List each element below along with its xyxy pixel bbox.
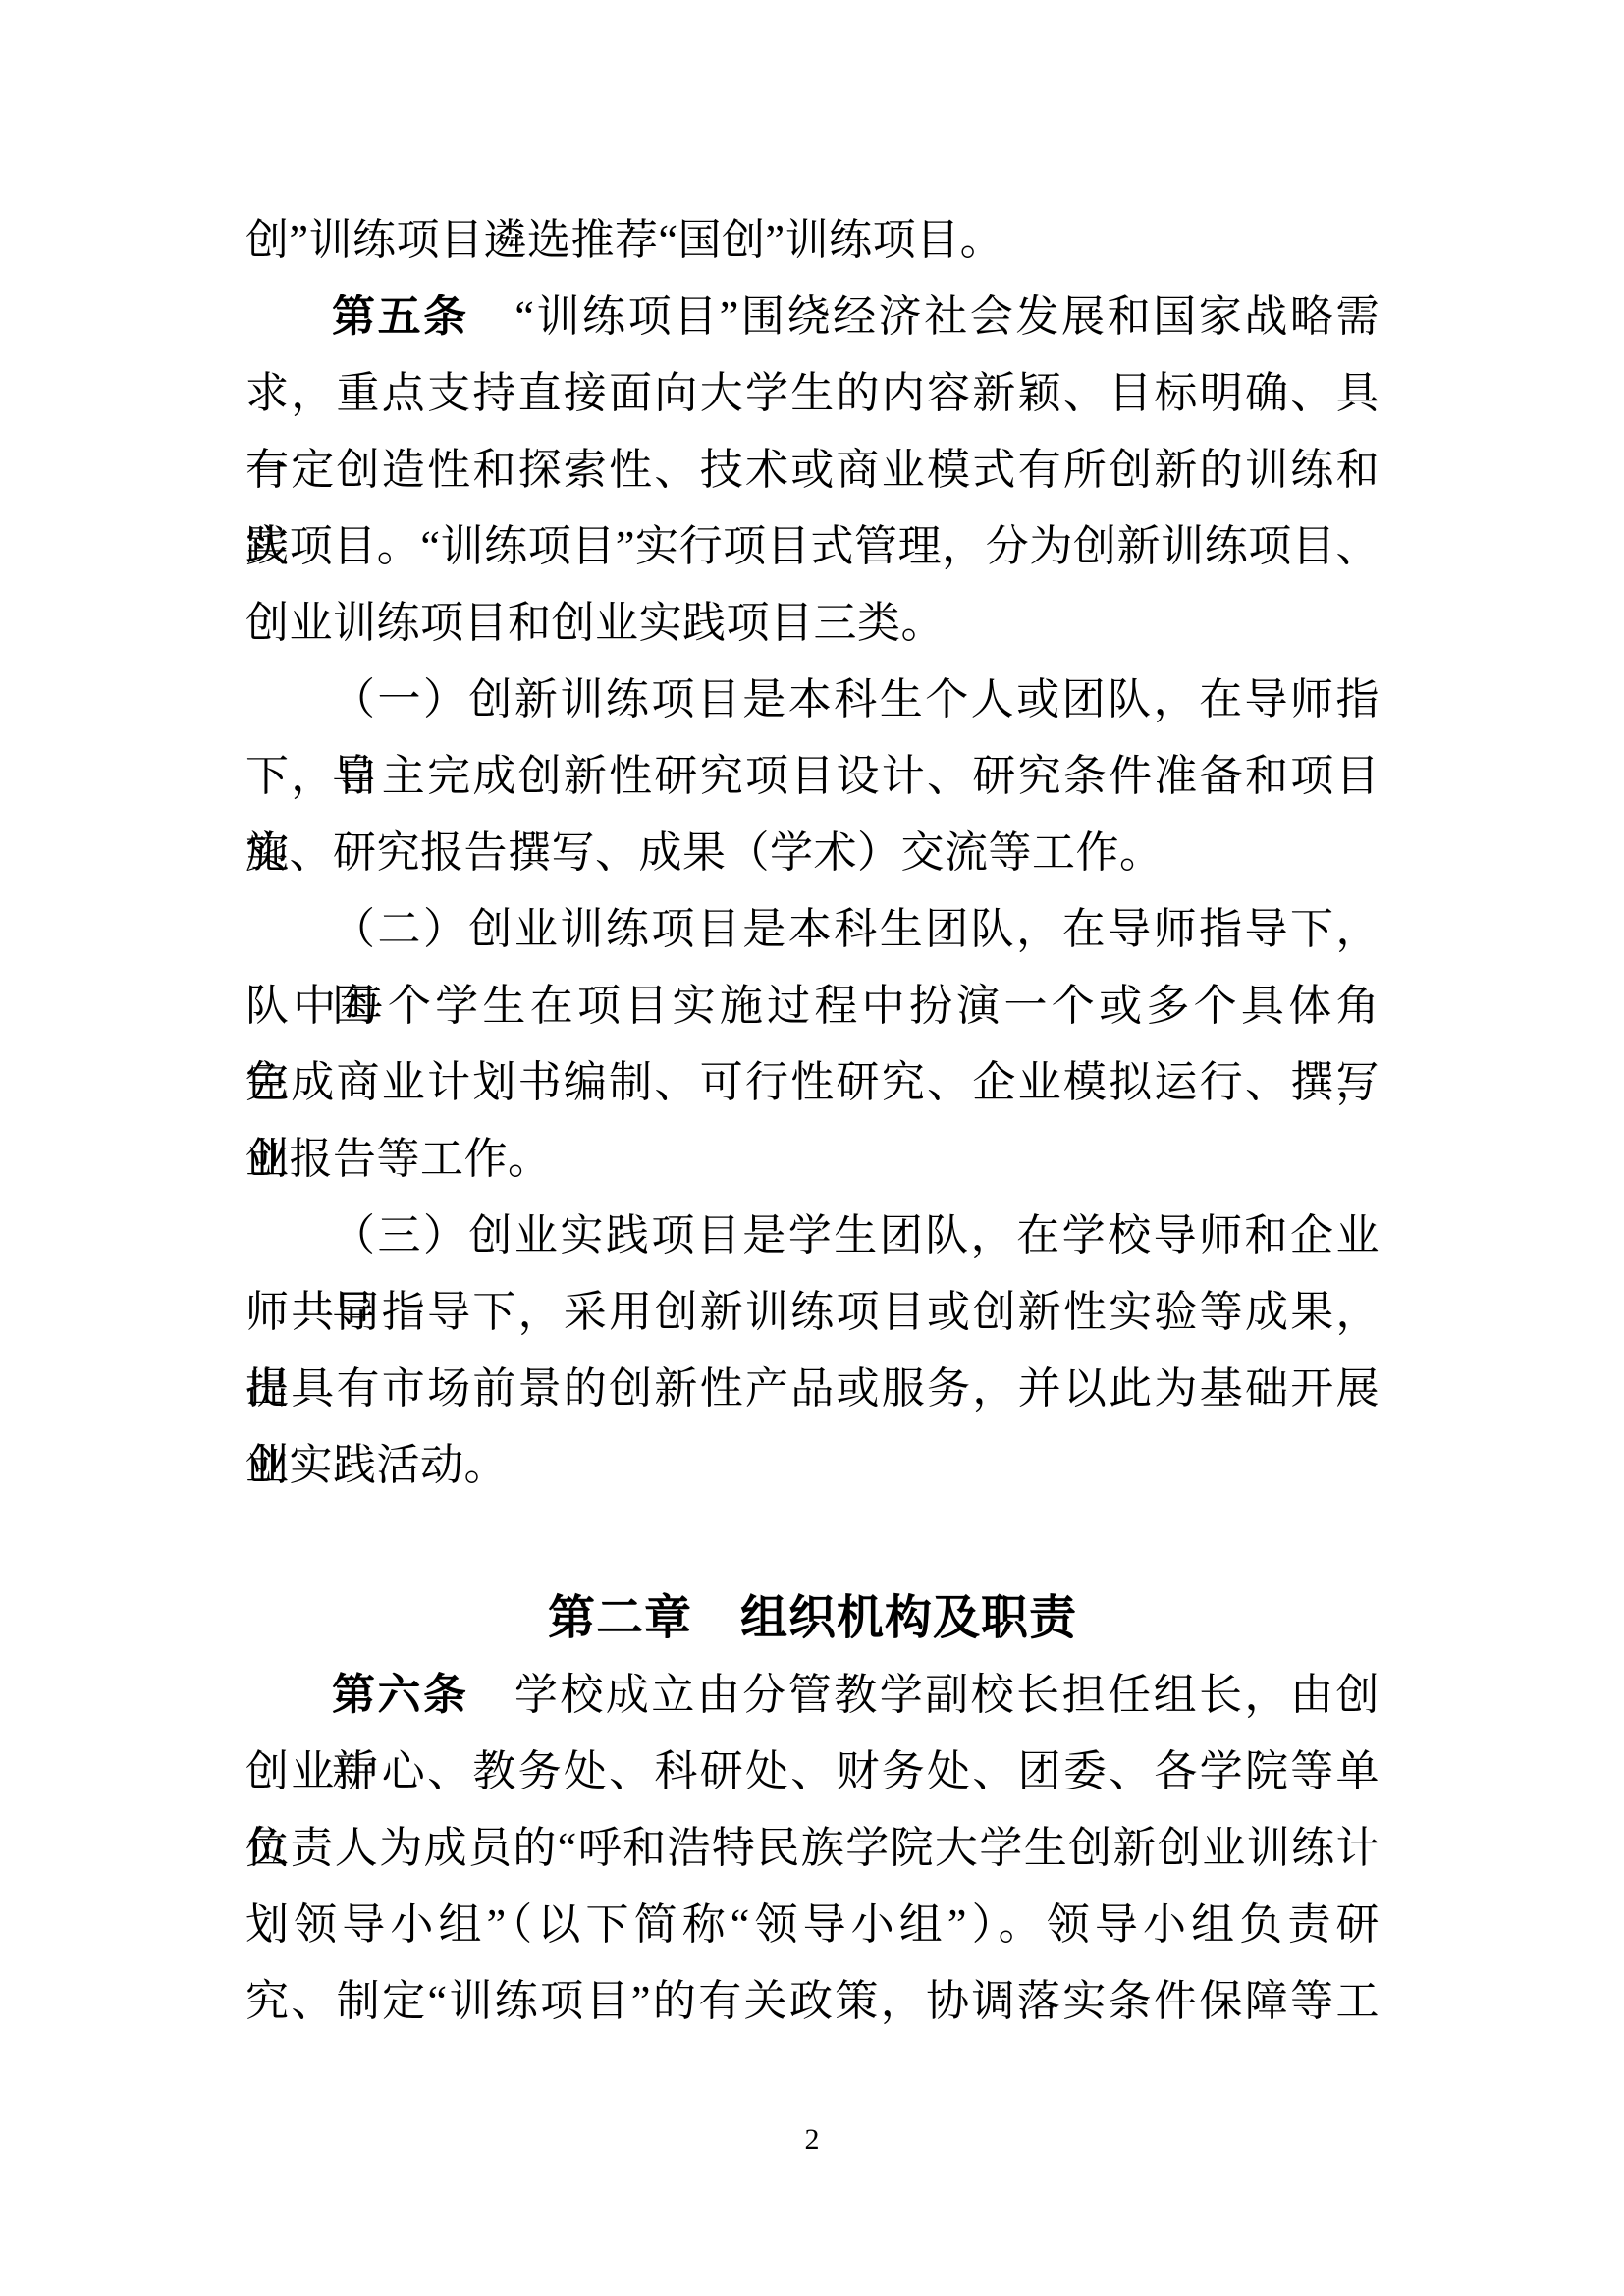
document-page: 创”训练项目遴选推荐“国创”训练项目。 第五条 “训练项目”围绕经济社会发展和国… (0, 0, 1624, 2296)
document-line: 业实践活动。 (245, 1427, 1380, 1504)
clause-number: 第六条 (332, 1671, 468, 1719)
document-line: 创业中心、教务处、科研处、财务处、团委、各学院等单位 (245, 1734, 1380, 1810)
document-line: （二）创业训练项目是本科生团队，在导师指导下，团 (245, 891, 1380, 968)
document-line: （一）创新训练项目是本科生个人或团队，在导师指导 (245, 662, 1380, 738)
document-line: 负责人为成员的“呼和浩特民族学院大学生创新创业训练计 (245, 1810, 1380, 1887)
document-line: 创业训练项目和创业实践项目三类。 (245, 585, 1380, 662)
document-line: 队中每个学生在项目实施过程中扮演一个或多个具体角色， (245, 968, 1380, 1044)
document-line: 第六条 学校成立由分管教学副校长担任组长，由创新 (245, 1657, 1380, 1734)
document-line: 一定创造性和探索性、技术或商业模式有所创新的训练和实 (245, 432, 1380, 508)
document-line: 求，重点支持直接面向大学生的内容新颖、目标明确、具有 (245, 355, 1380, 432)
document-line: 创”训练项目遴选推荐“国创”训练项目。 (245, 202, 1380, 279)
document-line: 践项目。“训练项目”实行项目式管理，分为创新训练项目、 (245, 508, 1380, 585)
clause-number: 第五条 (332, 293, 469, 341)
page-number: 2 (0, 2120, 1624, 2160)
blank-line (245, 1504, 1380, 1580)
document-line: 施、研究报告撰写、成果（学术）交流等工作。 (245, 815, 1380, 891)
document-line: 第五条 “训练项目”围绕经济社会发展和国家战略需 (245, 279, 1380, 355)
document-line: 下，自主完成创新性研究项目设计、研究条件准备和项目实 (245, 738, 1380, 815)
document-line: 师共同指导下，采用创新训练项目或创新性实验等成果，提 (245, 1274, 1380, 1351)
chapter-heading: 第二章 组织机构及职责 (245, 1580, 1380, 1657)
document-line: （三）创业实践项目是学生团队，在学校导师和企业导 (245, 1198, 1380, 1274)
document-line: 业报告等工作。 (245, 1121, 1380, 1198)
document-line: 完成商业计划书编制、可行性研究、企业模拟运行、撰写创 (245, 1044, 1380, 1121)
document-line: 划领导小组”（以下简称“领导小组”）。领导小组负责研 (245, 1887, 1380, 1963)
line-text: “训练项目”围绕经济社会发展和国家战略需 (469, 293, 1380, 341)
document-line: 出具有市场前景的创新性产品或服务，并以此为基础开展创 (245, 1351, 1380, 1427)
document-line: 究、制定“训练项目”的有关政策，协调落实条件保障等工 (245, 1963, 1380, 2040)
text-column: 创”训练项目遴选推荐“国创”训练项目。 第五条 “训练项目”围绕经济社会发展和国… (245, 202, 1380, 2040)
